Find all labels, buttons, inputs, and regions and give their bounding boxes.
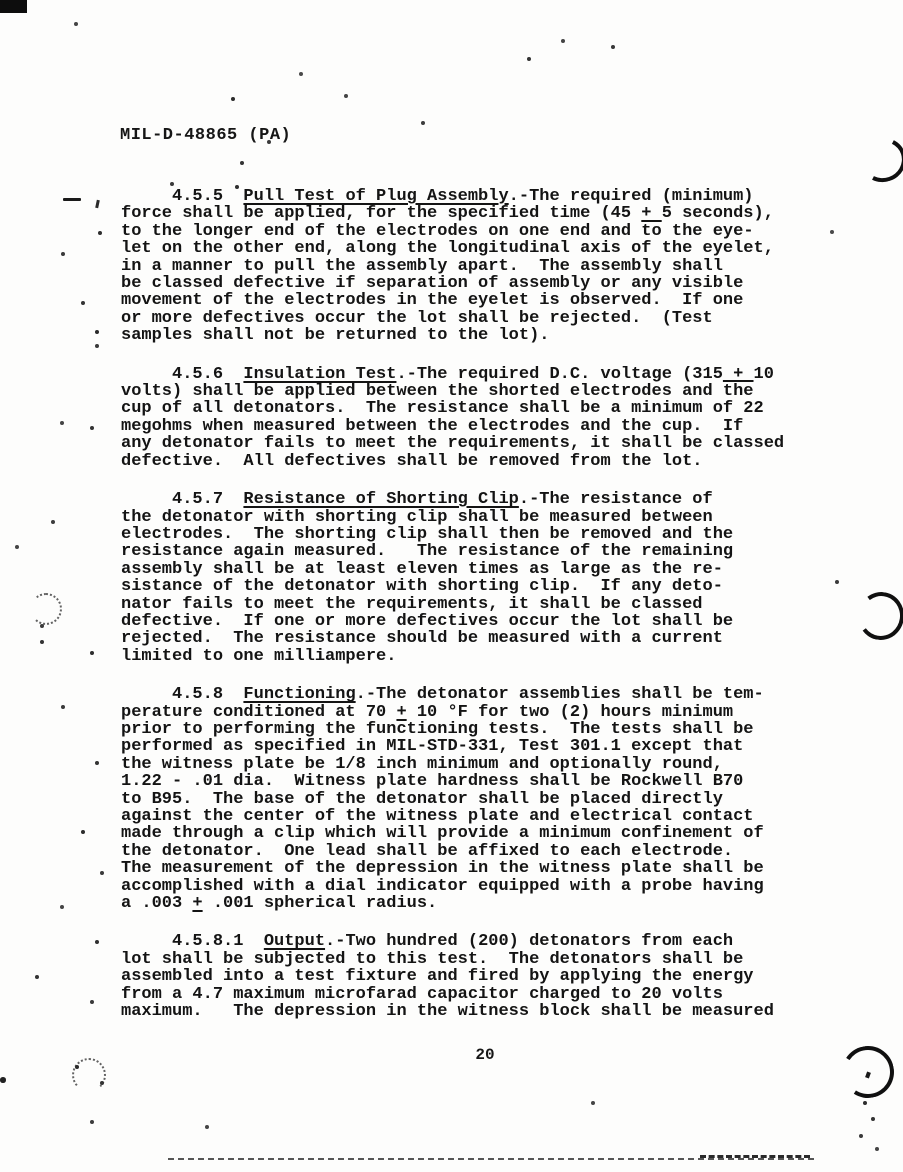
text-line: in a manner to pull the assembly apart. … xyxy=(121,258,821,275)
text-line: volts) shall be applied between the shor… xyxy=(121,383,821,400)
scan-artifact-bottom-edge-line xyxy=(168,1158,814,1160)
text-line: the witness plate be 1/8 inch minimum an… xyxy=(121,756,821,773)
scan-artifact-margin-dash xyxy=(63,198,81,201)
text-line: force shall be applied, for the specifie… xyxy=(121,205,821,222)
scan-artifact-binder-ring-middle xyxy=(855,589,903,643)
text-line: limited to one milliampere. xyxy=(121,648,821,665)
text-line: to the longer end of the electrodes on o… xyxy=(121,223,821,240)
text-line: movement of the electrodes in the eyelet… xyxy=(121,292,821,309)
scan-artifact-dot-cluster xyxy=(72,1058,106,1092)
document-body: 4.5.5 Pull Test of Plug Assembly.-The re… xyxy=(121,188,821,1041)
text-line: maximum. The depression in the witness b… xyxy=(121,1003,821,1020)
text-line: electrodes. The shorting clip shall then… xyxy=(121,526,821,543)
scan-artifact-bottom-edge-line-dark xyxy=(700,1155,810,1158)
scan-artifact-margin-tick xyxy=(95,200,100,208)
text-line: 4.5.8.1 Output.-Two hundred (200) detona… xyxy=(121,933,821,950)
text-line: from a 4.7 maximum microfarad capacitor … xyxy=(121,986,821,1003)
scan-artifact-dotted-circle xyxy=(30,593,62,625)
text-line: 1.22 - .01 dia. Witness plate hardness s… xyxy=(121,773,821,790)
text-line: against the center of the witness plate … xyxy=(121,808,821,825)
text-line: be classed defective if separation of as… xyxy=(121,275,821,292)
text-line: assembled into a test fixture and fired … xyxy=(121,968,821,985)
text-line: perature conditioned at 70 + 10 °F for t… xyxy=(121,704,821,721)
scan-artifact-speckles xyxy=(0,0,2,2)
text-line: performed as specified in MIL-STD-331, T… xyxy=(121,738,821,755)
text-line: sistance of the detonator with shorting … xyxy=(121,578,821,595)
text-line: The measurement of the depression in the… xyxy=(121,860,821,877)
page-number: 20 xyxy=(455,1046,515,1064)
text-line: 4.5.7 Resistance of Shorting Clip.-The r… xyxy=(121,491,821,508)
section-4.5.6: 4.5.6 Insulation Test.-The required D.C.… xyxy=(121,366,821,470)
text-line: the detonator with shorting clip shall b… xyxy=(121,509,821,526)
text-line: or more defectives occur the lot shall b… xyxy=(121,310,821,327)
text-line: prior to performing the functioning test… xyxy=(121,721,821,738)
text-line: defective. If one or more defectives occ… xyxy=(121,613,821,630)
section-4.5.8: 4.5.8 Functioning.-The detonator assembl… xyxy=(121,686,821,912)
text-line: cup of all detonators. The resistance sh… xyxy=(121,400,821,417)
text-line: samples shall not be returned to the lot… xyxy=(121,327,821,344)
text-line: let on the other end, along the longitud… xyxy=(121,240,821,257)
text-line: made through a clip which will provide a… xyxy=(121,825,821,842)
scan-artifact-corner-mark xyxy=(0,0,27,13)
text-line: defective. All defectives shall be remov… xyxy=(121,453,821,470)
text-line: rejected. The resistance should be measu… xyxy=(121,630,821,647)
scan-artifact-binder-ring-top xyxy=(854,132,903,188)
text-line: 4.5.8 Functioning.-The detonator assembl… xyxy=(121,686,821,703)
section-4.5.8.1: 4.5.8.1 Output.-Two hundred (200) detona… xyxy=(121,933,821,1020)
text-line: to B95. The base of the detonator shall … xyxy=(121,791,821,808)
text-line: lot shall be subjected to this test. The… xyxy=(121,951,821,968)
text-line: nator fails to meet the requirements, it… xyxy=(121,596,821,613)
section-4.5.7: 4.5.7 Resistance of Shorting Clip.-The r… xyxy=(121,491,821,665)
text-line: 4.5.6 Insulation Test.-The required D.C.… xyxy=(121,366,821,383)
text-line: the detonator. One lead shall be affixed… xyxy=(121,843,821,860)
text-line: resistance again measured. The resistanc… xyxy=(121,543,821,560)
section-4.5.5: 4.5.5 Pull Test of Plug Assembly.-The re… xyxy=(121,188,821,345)
text-line: assembly shall be at least eleven times … xyxy=(121,561,821,578)
document-header: MIL-D-48865 (PA) xyxy=(120,127,291,145)
text-line: a .003 + .001 spherical radius. xyxy=(121,895,821,912)
document-page: MIL-D-48865 (PA) 4.5.5 Pull Test of Plug… xyxy=(0,0,903,1172)
text-line: 4.5.5 Pull Test of Plug Assembly.-The re… xyxy=(121,188,821,205)
text-line: any detonator fails to meet the requirem… xyxy=(121,435,821,452)
text-line: megohms when measured between the electr… xyxy=(121,418,821,435)
text-line: accomplished with a dial indicator equip… xyxy=(121,878,821,895)
